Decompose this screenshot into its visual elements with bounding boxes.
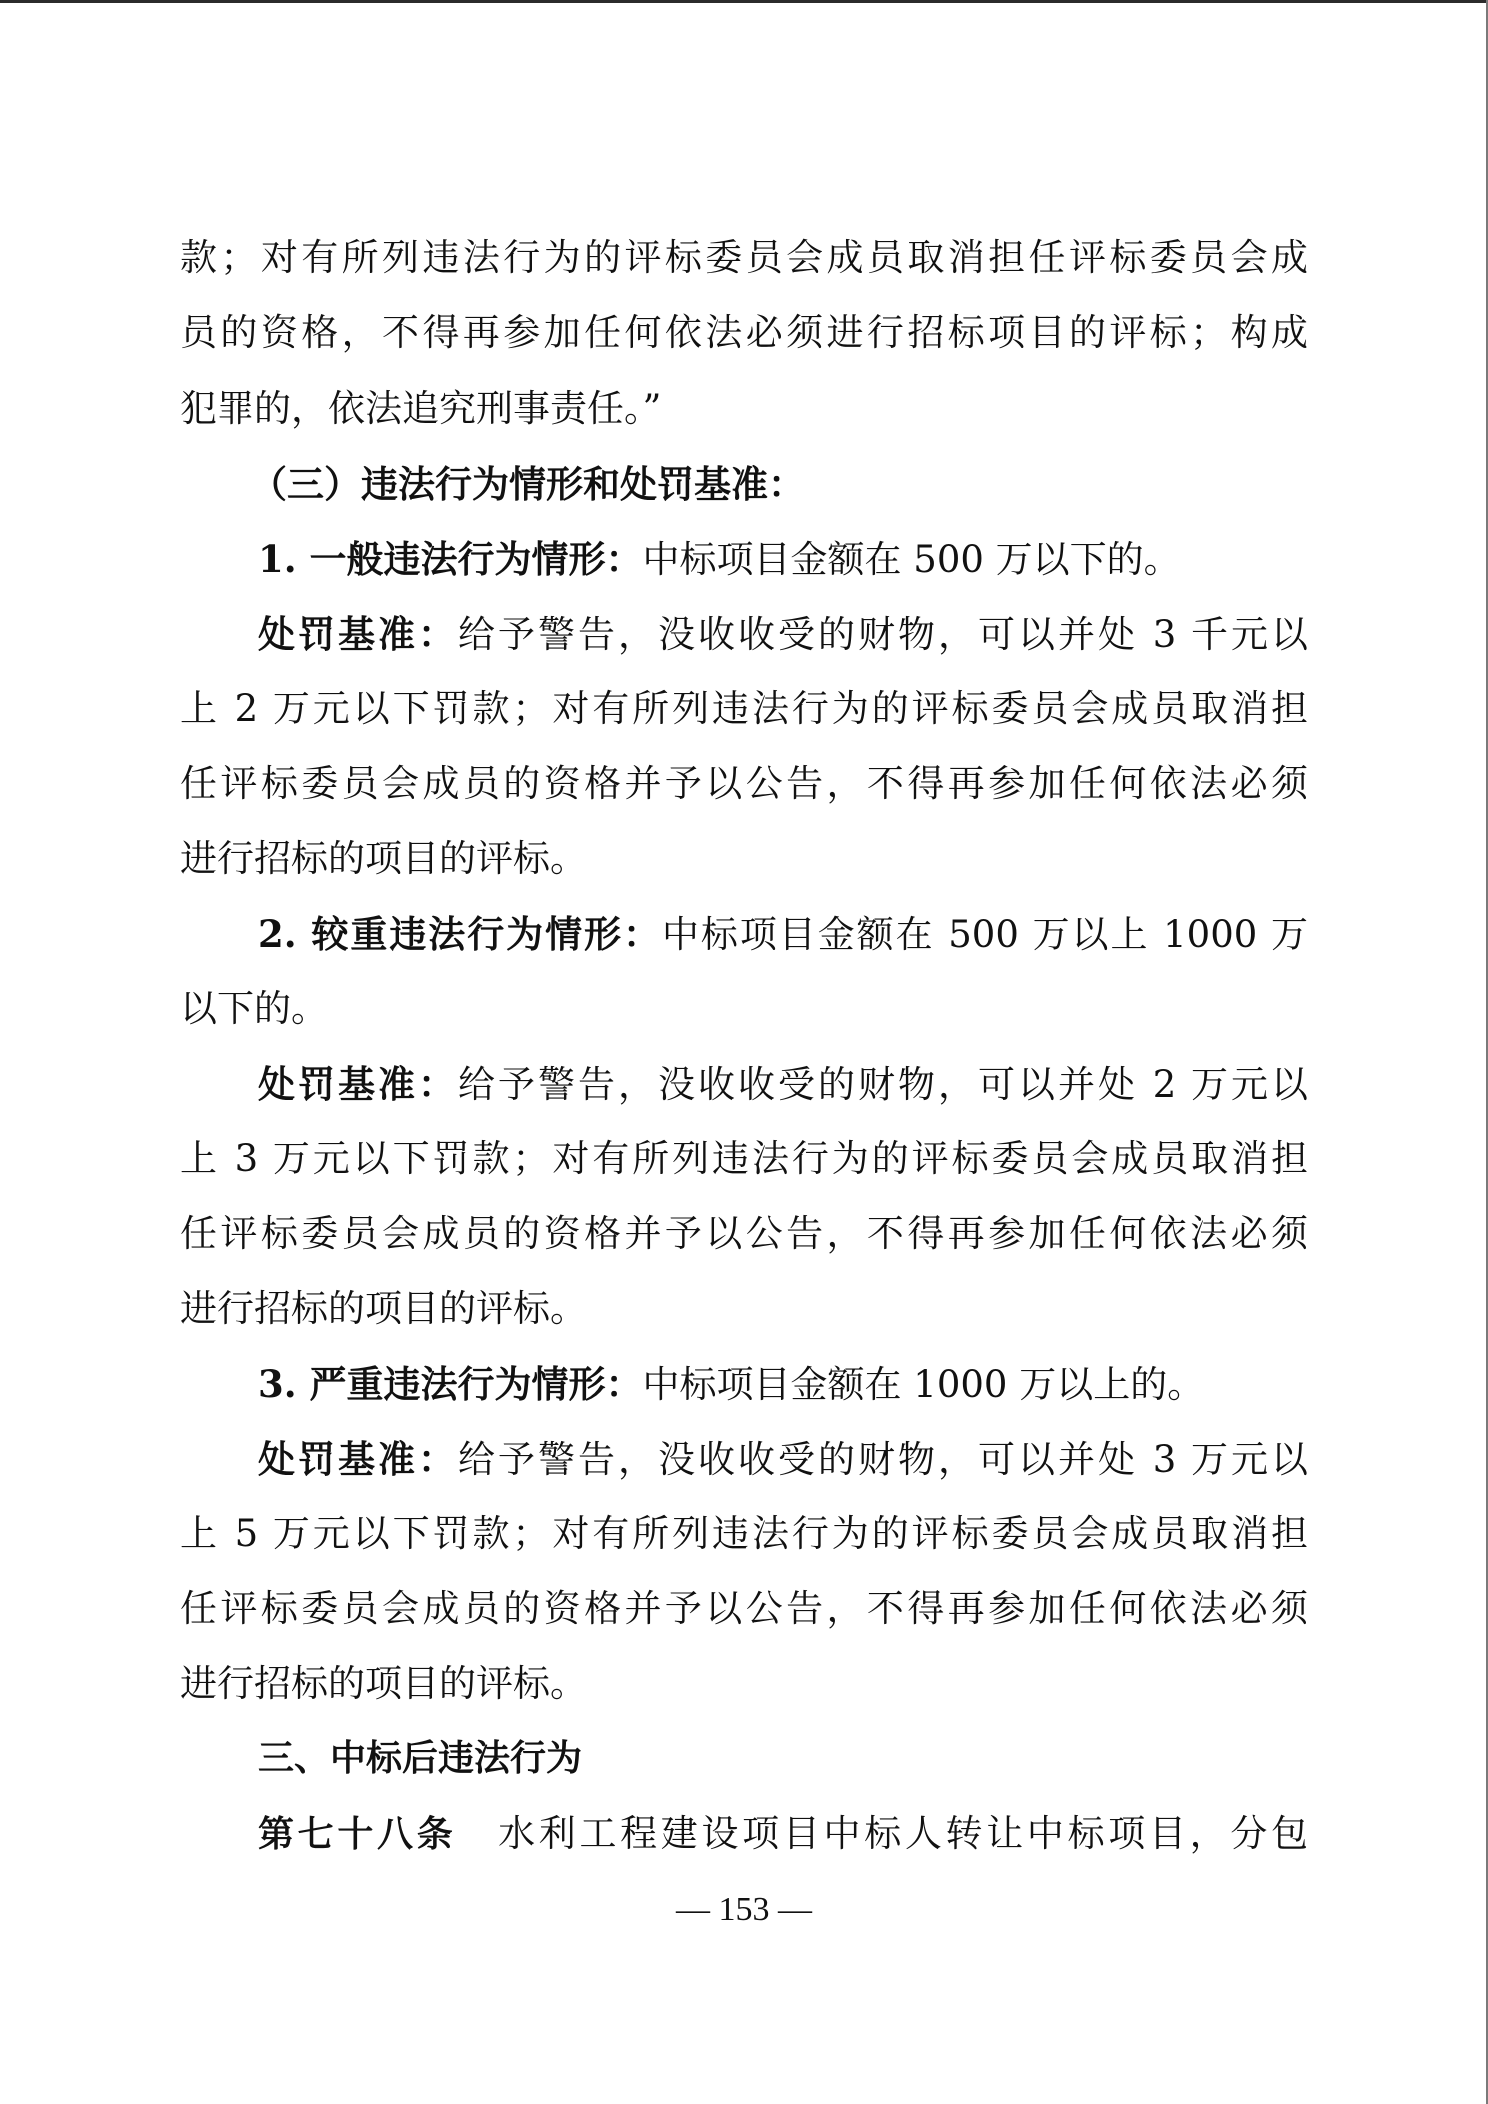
paragraph-line: 任评标委员会成员的资格并予以公告，不得再参加任何依法必须 (180, 1209, 1308, 1259)
case-label: 3. 严重违法行为情形： (258, 1362, 643, 1406)
case-label: 2. 较重违法行为情形： (258, 912, 662, 956)
penalty-label: 处罚基准： (258, 612, 458, 656)
paragraph-line: 犯罪的，依法追究刑事责任。” (180, 384, 1308, 434)
article-label: 第七十八条 (258, 1814, 456, 1855)
paragraph-line: 进行招标的项目的评标。 (180, 1659, 1308, 1709)
section-heading-violation-criteria: （三）违法行为情形和处罚基准： (250, 459, 1300, 509)
case-severe-line: 3. 严重违法行为情形：中标项目金额在 1000 万以上的。 (258, 1359, 1308, 1409)
penalty-standard-line: 处罚基准：给予警告，没收收受的财物，可以并处 2 万元以 (258, 1059, 1308, 1109)
penalty-standard-line: 处罚基准：给予警告，没收收受的财物，可以并处 3 万元以 (258, 1434, 1308, 1484)
paragraph-line: 上 2 万元以下罚款；对有所列违法行为的评标委员会成员取消担 (180, 684, 1308, 734)
article-78-line: 第七十八条水利工程建设项目中标人转让中标项目，分包 (258, 1809, 1308, 1859)
paragraph-line: 上 3 万元以下罚款；对有所列违法行为的评标委员会成员取消担 (180, 1134, 1308, 1184)
penalty-label: 处罚基准： (258, 1437, 458, 1481)
paragraph-line: 任评标委员会成员的资格并予以公告，不得再参加任何依法必须 (180, 1584, 1308, 1634)
paragraph-line: 款；对有所列违法行为的评标委员会成员取消担任评标委员会成 (180, 233, 1308, 283)
section-heading-post-award: 三、中标后违法行为 (258, 1734, 1308, 1784)
penalty-standard-line: 处罚基准：给予警告，没收收受的财物，可以并处 3 千元以 (258, 609, 1308, 659)
paragraph-line: 上 5 万元以下罚款；对有所列违法行为的评标委员会成员取消担 (180, 1509, 1308, 1559)
paragraph-line: 员的资格，不得再参加任何依法必须进行招标项目的评标；构成 (180, 308, 1308, 358)
case-serious-line: 2. 较重违法行为情形：中标项目金额在 500 万以上 1000 万 (258, 909, 1308, 959)
page-number: — 153 — (0, 1888, 1488, 1932)
paragraph-line: 进行招标的项目的评标。 (180, 1284, 1308, 1334)
paragraph-line: 进行招标的项目的评标。 (180, 834, 1308, 884)
case-label: 1. 一般违法行为情形： (258, 537, 643, 581)
paragraph-line: 任评标委员会成员的资格并予以公告，不得再参加任何依法必须 (180, 759, 1308, 809)
document-page: 款；对有所列违法行为的评标委员会成员取消担任评标委员会成 员的资格，不得再参加任… (0, 0, 1488, 2104)
case-general-line: 1. 一般违法行为情形：中标项目金额在 500 万以下的。 (258, 534, 1308, 584)
penalty-label: 处罚基准： (258, 1062, 458, 1106)
paragraph-line: 以下的。 (180, 984, 1308, 1034)
